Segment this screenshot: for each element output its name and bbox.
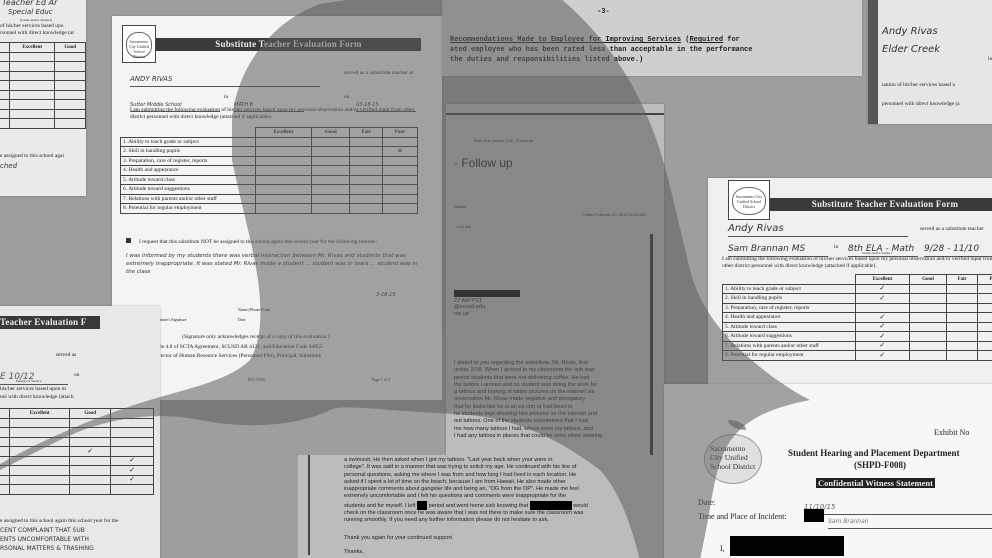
criterion-label: 1. Ability to teach grade or subject: [121, 137, 256, 147]
handwritten-subject: Teacher Ed Ar: [2, 0, 57, 7]
rating-cell-excellent: [255, 175, 312, 185]
rating-row: 5. Attitude toward class: [121, 175, 418, 185]
intro-text: of his/her services based upo: [0, 23, 64, 30]
email-from: Sodine: [454, 204, 466, 209]
school-value: Elder Creek: [882, 44, 940, 55]
rating-cell-good: [910, 303, 947, 313]
email-time: 1:46 AM: [456, 224, 471, 229]
rating-cell-excellent: [855, 303, 910, 313]
recommendations-heading: Recommendations Made to Employee for Imp…: [450, 36, 740, 44]
email-body-line: me how many tattoos I had, where were my…: [454, 426, 654, 433]
reference-text: Article 4.8 of SCTA Agreement, SCUSD AR …: [149, 344, 323, 350]
served-text: served as a substitute teacher at: [344, 70, 413, 77]
form-title: Teacher Evaluation F: [0, 316, 100, 329]
thanks-line: Thank you again for your continued suppo…: [344, 535, 453, 542]
department-title: Student Hearing and Placement Department: [788, 448, 959, 458]
date-label: Date: [238, 316, 246, 323]
email-body-line: he students kept showing him pictures on…: [454, 411, 654, 418]
rating-row: 6. Attitude toward suggestions: [121, 185, 418, 195]
email-body-line: g tattoos and looking at tattoo pictures…: [454, 389, 654, 396]
col-good: Good: [910, 275, 947, 285]
rating-cell-fair: [350, 166, 383, 176]
rating-cell-excellent: ✓: [855, 294, 910, 304]
signoff: Thanks,: [344, 549, 364, 556]
substitute-eval-form-sam-brannan: Sacramento City Unified School District …: [708, 178, 992, 384]
email-body-line: running smoothly. If you need any furthe…: [344, 517, 644, 524]
rating-cell-poor: [382, 185, 417, 195]
partial-eval-form-bottom-left: Teacher Evaluation F served as E 10/12 o…: [0, 306, 160, 558]
col-excellent: Excellent: [855, 275, 910, 285]
rating-cell-poor: [382, 137, 417, 147]
name-print-label: Name (Please Print): [238, 306, 270, 313]
redaction-bar: [730, 536, 844, 556]
request-text: e assigned to this school again this sch…: [0, 518, 119, 525]
intro-text-2: rsonnel with direct knowledge (at: [0, 30, 74, 37]
binder-edge: [868, 0, 878, 124]
exhibit-label: Exhibit No: [934, 428, 969, 437]
rating-cell-fair: [350, 204, 383, 214]
rating-cell-good: [312, 147, 350, 157]
rating-cell-poor: [978, 322, 992, 332]
redaction-bar: [454, 290, 520, 297]
district-logo: Sacramento City Unified School District: [704, 420, 760, 482]
rating-cell-fair: [946, 313, 977, 323]
apple-logo-icon: Sacramento City Unified School District: [126, 32, 152, 58]
email-header-subject: Fwd: Sub Issues 2/18 - Follow up: [474, 138, 533, 143]
in-text: in: [834, 244, 838, 251]
sub-name-value: ANDY RIVAS: [130, 75, 172, 83]
email-body-line: that he looks like he is an ex-con or ha…: [454, 404, 654, 411]
rating-cell-fair: [350, 137, 383, 147]
email-body-line: students and for myself. I left period a…: [344, 501, 644, 510]
rating-cell-fair: [946, 351, 977, 361]
email-body-line: personal questions, asking me where I wa…: [344, 472, 644, 479]
col-excellent: Excellent: [255, 128, 312, 138]
rating-cell-fair: [946, 341, 977, 351]
col-excellent: Excellent: [10, 43, 55, 53]
rating-row: 8. Potential for regular employment: [121, 204, 418, 214]
criterion-label: 7. Relations with parents and/or other s…: [723, 341, 856, 351]
email-body-line: check on the classroom once he was aware…: [344, 510, 644, 517]
rating-cell-fair: [946, 332, 977, 342]
school-value: Sam Brannan MS: [728, 244, 805, 254]
rating-table: ExcellentGood: [0, 42, 86, 129]
rating-row: 2. Skill in handling pupils✕: [121, 147, 418, 157]
email-subject-text: Follow up: [461, 156, 512, 170]
handwritten-reason-3: RSONAL MATTERS & TRASHING: [0, 545, 94, 552]
email-body-line: period students that were not delivering…: [454, 375, 654, 382]
rating-row: 4. Health and appearance✓: [723, 313, 992, 323]
district-logo: Sacramento City Unified School District: [728, 180, 770, 220]
rating-row: 1. Ability to teach grade or subject✓: [723, 284, 992, 294]
served-text: served as a substitute teacher: [920, 226, 984, 233]
criterion-label: 4. Health and appearance: [723, 313, 856, 323]
email-body-line: a swimsuit. He then asked when I got my …: [344, 457, 644, 464]
handwritten-reason-2: ENTS UNCOMFORTABLE WITH: [0, 536, 89, 543]
rating-cell-good: [312, 175, 350, 185]
rating-cell-excellent: ✓: [855, 351, 910, 361]
col-fair: Fair: [350, 128, 383, 138]
substitute-eval-form-sutter-bottom: (Signature only acknowledges receipt of …: [112, 334, 442, 400]
col-good: Good: [55, 43, 86, 53]
rating-cell-poor: [382, 194, 417, 204]
email-body-line: onversation Mr. Rivas made negative and …: [454, 396, 654, 403]
handwritten-reason: I was informed by my students there was …: [126, 252, 422, 276]
footer-page: Page 1 of 2: [372, 376, 390, 383]
criterion-label: 5. Attitude toward class: [723, 322, 856, 332]
criterion-label: 2. Skill in handling pupils: [121, 147, 256, 157]
rating-cell-good: [910, 313, 947, 323]
rating-row: 1. Ability to teach grade or subject: [121, 137, 418, 147]
rating-cell-good: [312, 204, 350, 214]
signed-date: 3-18-15: [376, 292, 396, 298]
email-body-cont: a swimsuit. He then asked when I got my …: [344, 457, 644, 525]
criterion-label: 6. Attitude toward suggestions: [121, 185, 256, 195]
handwritten-reason: ched: [0, 162, 17, 170]
on-text: on: [344, 94, 350, 101]
intro-text: uation of his/her services based u: [882, 82, 955, 89]
date-label: Date:: [698, 498, 715, 507]
rating-cell-poor: [978, 341, 992, 351]
rating-cell-fair: [350, 185, 383, 195]
dates-value: 9/28 - 11/10: [924, 244, 979, 254]
email-body-line: extremely uncomfortable and I felt his q…: [344, 493, 644, 500]
criterion-label: 3. Preparation, care of register, report…: [723, 303, 856, 313]
rating-cell-poor: [978, 332, 992, 342]
rating-cell-excellent: [255, 185, 312, 195]
partial-eval-form-top-left: Teacher Ed Ar Special Educ (Grade and/or…: [0, 0, 86, 196]
rating-cell-poor: ✕: [382, 147, 417, 157]
district-name: Sacramento City Unified School District: [710, 444, 760, 471]
sub-name-value: Andy Rivas: [728, 223, 784, 234]
rating-cell-poor: [382, 204, 417, 214]
rating-cell-poor: [382, 166, 417, 176]
page-edge: [308, 455, 310, 555]
rating-cell-excellent: ✓: [855, 341, 910, 351]
handwritten-subject-2: Special Educ: [8, 8, 53, 16]
witness-name-prefix: I,: [720, 544, 725, 553]
rating-cell-excellent: [255, 194, 312, 204]
criterion-label: 6. Attitude toward suggestions: [723, 332, 856, 342]
intro-text-2: nel with direct knowledge (attach: [0, 394, 74, 401]
footer-form-id: PEL-F100: [248, 376, 265, 383]
rating-cell-poor: [978, 294, 992, 304]
intro-paragraph: I am submitting the following evaluation…: [722, 256, 992, 270]
distribution-text: Director of Human Resource Services (Per…: [154, 353, 322, 359]
rating-cell-good: [312, 194, 350, 204]
rating-cell-good: [910, 332, 947, 342]
handwritten-reason-1: CENT COMPLAINT THAT SUB: [0, 527, 85, 534]
statement-title: Confidential Witness Statement: [816, 478, 935, 488]
rating-cell-poor: [978, 284, 992, 294]
rating-cell-fair: [946, 294, 977, 304]
col-poor: Poor: [978, 275, 992, 285]
place-value: Sam Brannan: [828, 518, 869, 525]
redaction-bar: [417, 501, 427, 510]
rating-cell-poor: [978, 351, 992, 361]
form-title: Substitute Teacher Evaluation Form: [770, 198, 992, 211]
date-label: Date(s) of Service: [16, 378, 41, 385]
email-subject-small: ow up: [454, 311, 469, 318]
partial-eval-form-top-right: Andy Rivas Elder Creek in uation of his/…: [868, 0, 992, 124]
form-code: (SHPD-F008): [854, 460, 906, 470]
email-body-continuation: a swimsuit. He then asked when I got my …: [298, 455, 664, 558]
served-text: served as: [56, 352, 76, 359]
recommendations-title: Recommendations Made to Employee for Imp…: [450, 36, 681, 44]
recommendations-line-2: ated employee who has been rated less th…: [450, 46, 752, 54]
rating-cell-excellent: ✓: [855, 313, 910, 323]
rating-cell-excellent: [255, 137, 312, 147]
email-body: I stated to you regarding the substitute…: [454, 360, 654, 440]
rating-cell-excellent: [255, 204, 312, 214]
rating-cell-excellent: [255, 166, 312, 176]
evaluation-page-3: -3- Recommendations Made to Employee for…: [442, 0, 862, 76]
intro-text-2: personnel with direct knowledge (a: [882, 101, 960, 108]
rating-cell-fair: [350, 147, 383, 157]
redaction-bar: [530, 501, 572, 510]
rating-cell-good: [910, 341, 947, 351]
rating-cell-good: [312, 166, 350, 176]
criterion-label: 3. Preparation, care of register, report…: [121, 156, 256, 166]
in-text: in: [988, 56, 992, 63]
col-excellent: Excellent: [10, 409, 70, 419]
email-body-line: asked if I spent a lot of time on the be…: [344, 479, 644, 486]
request-text: e assigned to this school agai: [0, 153, 64, 160]
rating-cell-good: [910, 284, 947, 294]
request-text: I request that this substitute NOT be as…: [139, 239, 377, 245]
rating-row: 7. Relations with parents and/or other s…: [121, 194, 418, 204]
rating-row: 3. Preparation, care of register, report…: [121, 156, 418, 166]
rating-cell-fair: [946, 322, 977, 332]
email-body-line: the before I arrived and no student was …: [454, 382, 654, 389]
email-date: Friday, February 20, 2015 11:00 AM: [582, 212, 645, 217]
criterion-label: 5. Attitude toward class: [121, 175, 256, 185]
col-fair: Fair: [946, 275, 977, 285]
col-good: Good: [312, 128, 350, 138]
email-body-line: I had any tattoos in places that could b…: [454, 433, 654, 440]
on-text: on: [74, 372, 80, 379]
redaction-bar: [804, 509, 824, 522]
leaf-icon: [728, 420, 746, 430]
time-place-label: Time and Place of Incident:: [698, 512, 787, 521]
rating-cell-good: [312, 137, 350, 147]
rating-table: ExcellentGoodFairPoor 1. Ability to teac…: [722, 274, 992, 361]
criterion-label: 1. Ability to teach grade or subject: [723, 284, 856, 294]
col-poor: Poor: [382, 128, 417, 138]
sub-name-value: Andy Rivas: [882, 26, 938, 37]
page-number: -3-: [597, 8, 610, 16]
criterion-label: 4. Health and appearance: [121, 166, 256, 176]
rating-cell-excellent: [255, 156, 312, 166]
rating-cell-good: [312, 156, 350, 166]
checked-box-icon: [126, 238, 131, 243]
rating-cell-excellent: ✓: [855, 322, 910, 332]
criterion-label: 8. Potential for regular employment: [723, 351, 856, 361]
rating-cell-poor: [978, 313, 992, 323]
rating-row: 4. Health and appearance: [121, 166, 418, 176]
rating-row: 5. Attitude toward class✓: [723, 322, 992, 332]
rating-cell-good: [910, 322, 947, 332]
rating-row: 8. Potential for regular employment✓: [723, 351, 992, 361]
header-rule: [446, 113, 664, 115]
intro-text: his/her services based upon m: [0, 386, 66, 393]
rating-cell-fair: [350, 175, 383, 185]
in-text: in: [224, 94, 228, 101]
recommendations-line-3: the duties and responsibilities listed a…: [450, 56, 643, 64]
criterion-label: 2. Skill in handling pupils: [723, 294, 856, 304]
rating-cell-poor: [382, 175, 417, 185]
rating-cell-poor: [978, 303, 992, 313]
rating-cell-fair: [946, 303, 977, 313]
rating-cell-excellent: [255, 147, 312, 157]
district-logo: Sacramento City Unified School District: [122, 25, 156, 63]
rating-row: 3. Preparation, care of register, report…: [723, 303, 992, 313]
substitute-eval-form-sutter: Sacramento City Unified School District …: [112, 16, 442, 334]
intro-paragraph: I am submitting the following evaluation…: [130, 107, 420, 121]
ack-text: (Signature only acknowledges receipt of …: [182, 334, 330, 341]
email-body-line: inappropriate comments about gangster li…: [344, 486, 644, 493]
rating-cell-fair: [350, 156, 383, 166]
rating-cell-excellent: ✓: [855, 332, 910, 342]
form-title: Substitute Teacher Evaluation Form: [156, 38, 421, 51]
apple-logo-icon: Sacramento City Unified School District: [732, 187, 766, 215]
rating-table: ExcellentGood ✓✓✓ ✓: [0, 408, 154, 495]
required-label: Required: [689, 36, 723, 44]
rating-cell-excellent: ✓: [855, 284, 910, 294]
not-assign-request: I request that this substitute NOT be as…: [126, 238, 426, 246]
email-body-line: out tattoos. One of the students volunte…: [454, 418, 654, 425]
rating-cell-fair: [350, 194, 383, 204]
criterion-label: 7. Relations with parents and/or other s…: [121, 194, 256, 204]
email-subject: · Follow up: [454, 156, 513, 170]
rating-cell-good: [910, 351, 947, 361]
email-body-line: I stated to you regarding the substitute…: [454, 360, 654, 367]
rating-row: 2. Skill in handling pupils✓: [723, 294, 992, 304]
rating-cell-fair: [946, 284, 977, 294]
rating-table: ExcellentGoodFairPoor 1. Ability to teac…: [120, 127, 418, 214]
col-good: Good: [70, 409, 111, 419]
email-body-line: college". It was said in a manner that w…: [344, 464, 644, 471]
heading-rest: for: [723, 36, 740, 44]
rating-cell-good: [910, 294, 947, 304]
email-body-line: urday, 2/18. When I arrived to my classr…: [454, 367, 654, 374]
rating-row: 6. Attitude toward suggestions✓: [723, 332, 992, 342]
rating-row: 7. Relations with parents and/or other s…: [723, 341, 992, 351]
rating-cell-good: [312, 185, 350, 195]
criterion-label: 8. Potential for regular employment: [121, 204, 256, 214]
rating-cell-poor: [382, 156, 417, 166]
confidential-witness-statement: Sacramento City Unified School District …: [664, 384, 992, 558]
